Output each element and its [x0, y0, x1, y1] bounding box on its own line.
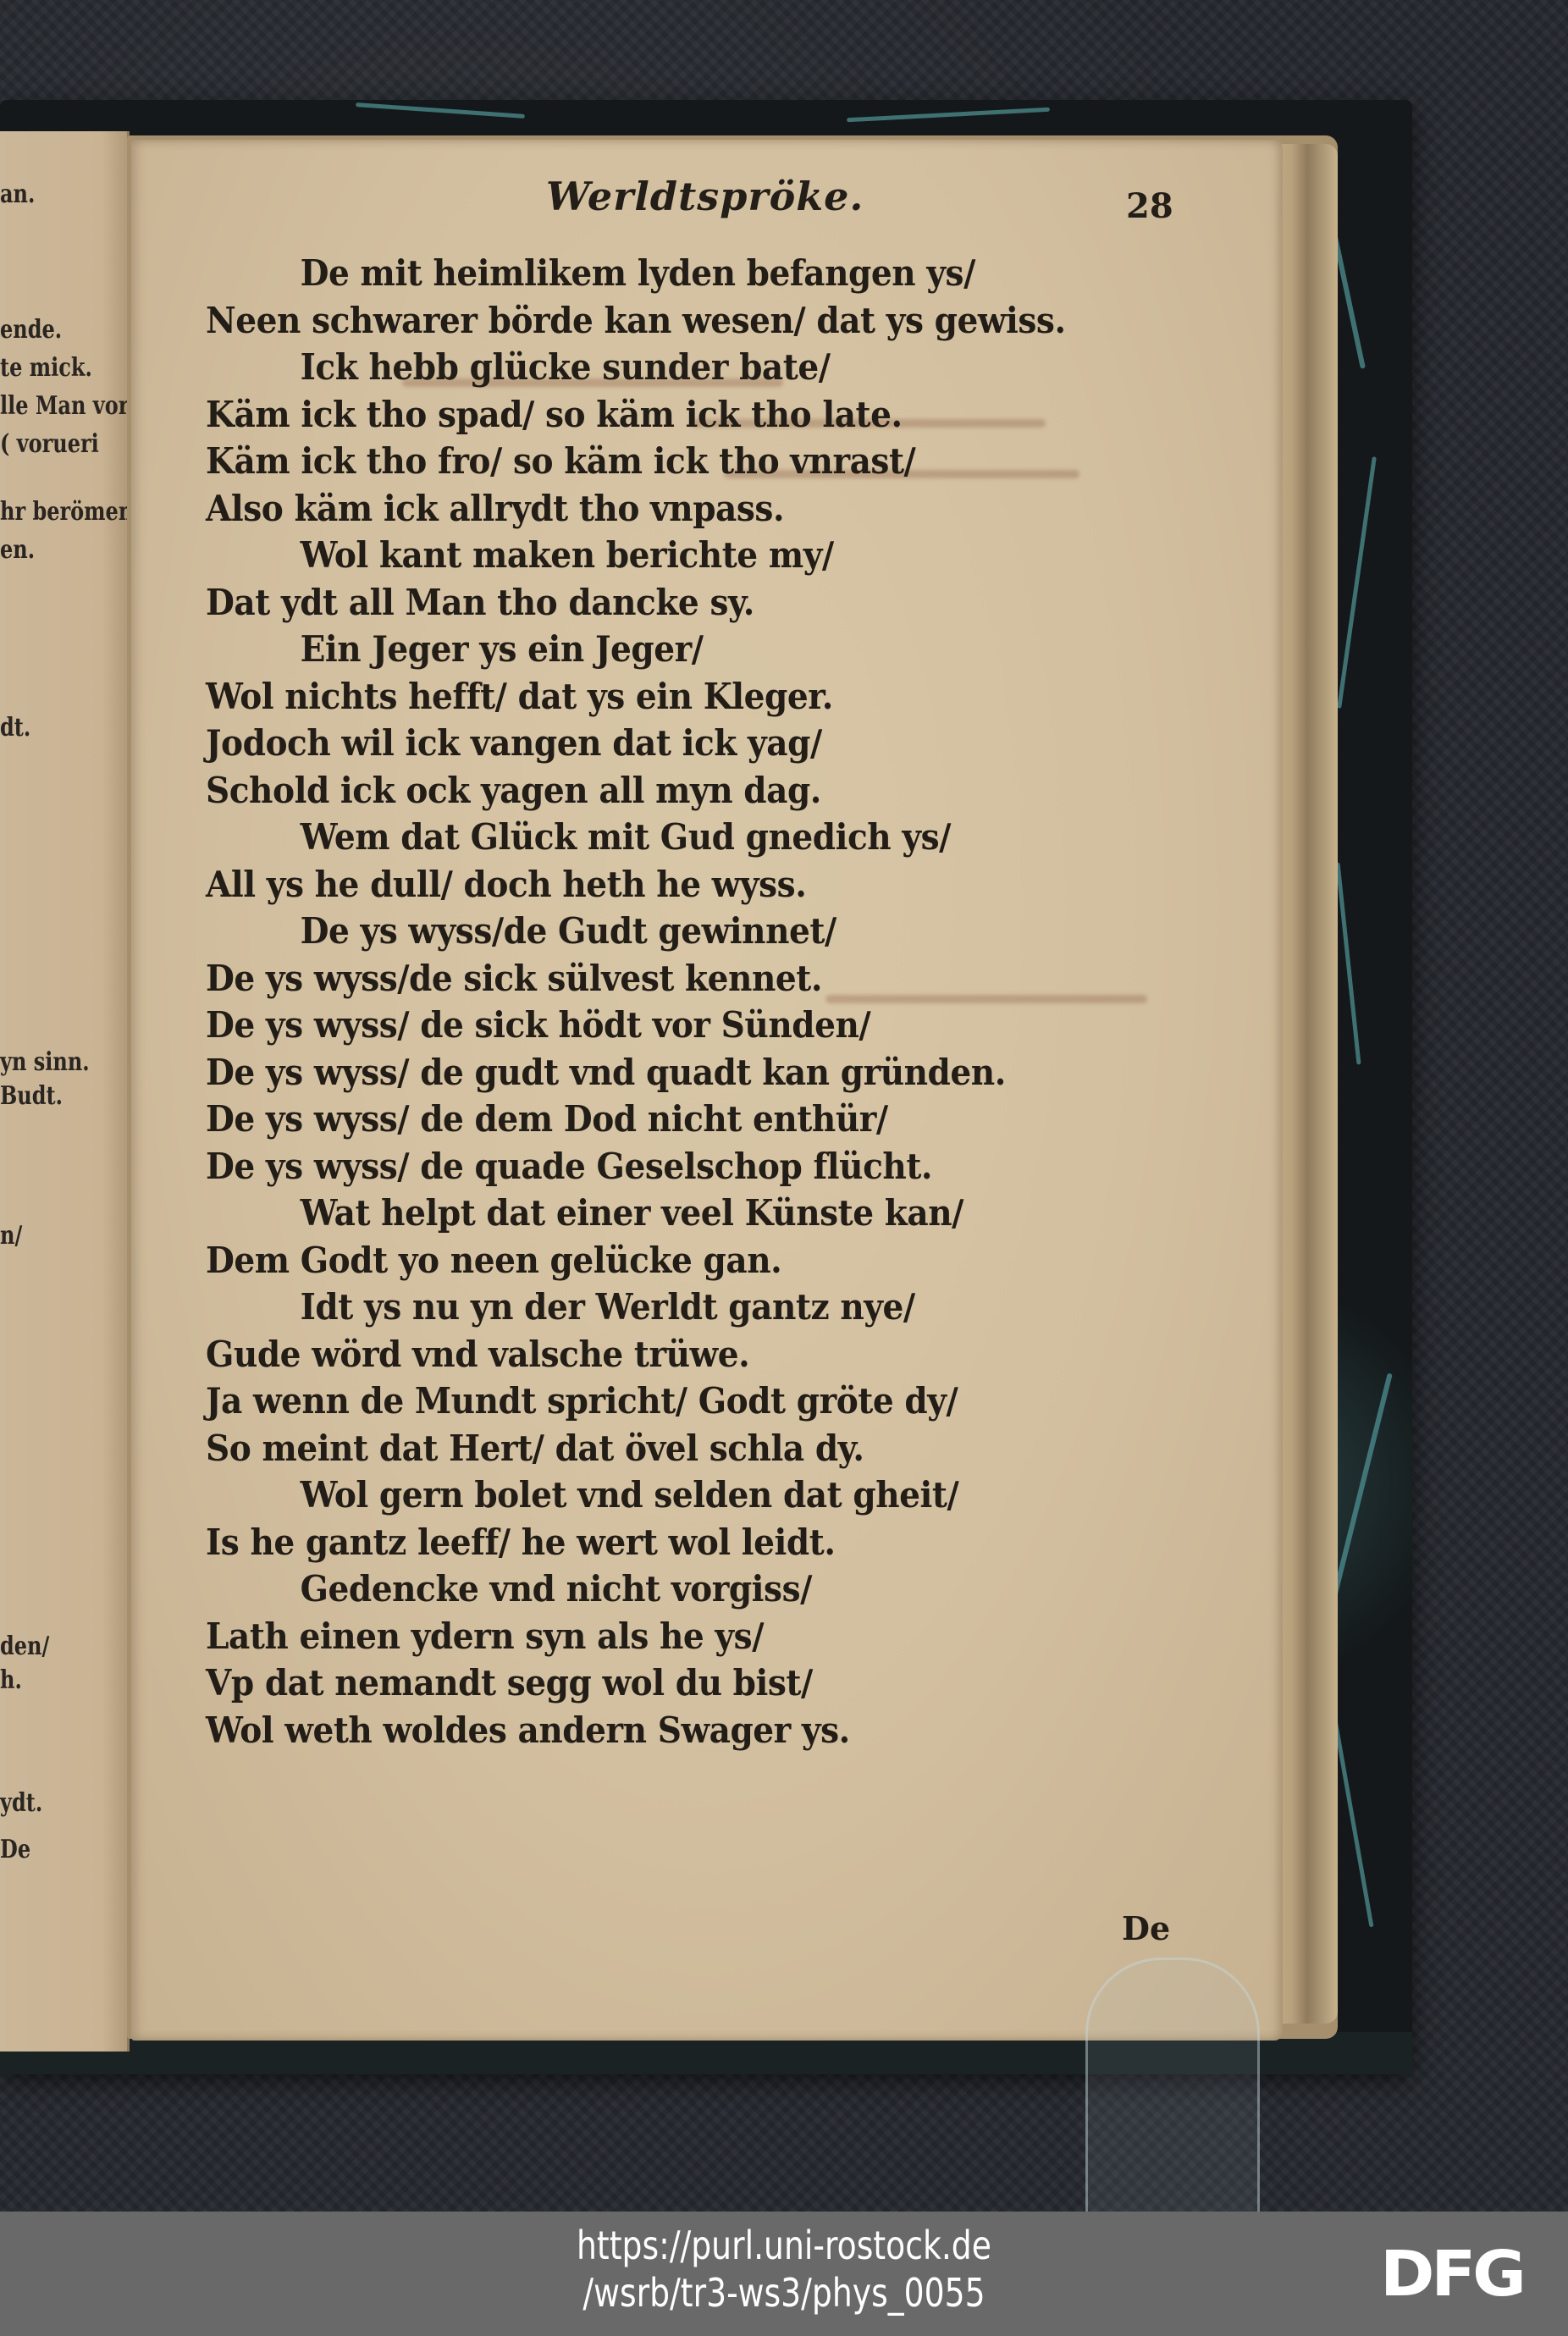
verse-line: Wat helpt dat einer veel Künste kan/	[206, 1190, 1174, 1237]
verse-line: Neen schwarer börde kan wesen/ dat ys ge…	[206, 297, 1174, 345]
left-page-text-fragment: yn sinn.	[0, 1050, 90, 1075]
verse-line: Ja wenn de Mundt spricht/ Godt gröte dy/	[206, 1378, 1174, 1425]
left-page-text-fragment: te mick.	[0, 356, 92, 381]
verse-line: Ein Jeger ys ein Jeger/	[206, 626, 1174, 673]
verse-line: Gedencke vnd nicht vorgiss/	[206, 1566, 1174, 1613]
verse-line: Wol weth woldes andern Swager ys.	[206, 1707, 1174, 1754]
left-page-text-fragment: De	[0, 1837, 30, 1863]
verse-line: Also käm ick allrydt tho vnpass.	[206, 485, 1174, 533]
permalink-line-2[interactable]: /wsrb/tr3-ws3/phys_0055	[141, 2269, 1427, 2317]
left-page-text-fragment: den/	[0, 1634, 49, 1659]
verse-line: Gude wörd vnd valsche trüwe.	[206, 1331, 1174, 1378]
verse-line: De ys wyss/de Gudt gewinnet/	[206, 908, 1174, 955]
verse-line: Käm ick tho spad/ so käm ick tho late.	[206, 391, 1174, 439]
left-page-text-fragment: ydt.	[0, 1791, 42, 1816]
left-page-text-fragment: Budt.	[0, 1084, 63, 1109]
verse-line: De ys wyss/ de gudt vnd quadt kan gründe…	[206, 1049, 1174, 1096]
left-page-text-fragment: ( vorueri	[0, 432, 99, 457]
verse-line: Dem Godt yo neen gelücke gan.	[206, 1237, 1174, 1284]
left-page: an.ende.te mick.lle Man vor my( voruerih…	[0, 131, 130, 2052]
verse-line: Wol nichts hefft/ dat ys ein Kleger.	[206, 673, 1174, 721]
verse-block: De mit heimlikem lyden befangen ys/Neen …	[206, 250, 1247, 1753]
marbling-vein	[1337, 456, 1377, 709]
marbling-vein	[356, 102, 525, 119]
marbling-vein	[1335, 862, 1361, 1064]
dfg-logo: DFG	[1380, 2244, 1523, 2305]
left-page-text-fragment: dt.	[0, 715, 30, 741]
left-page-text-fragment: lle Man vor my	[0, 394, 130, 419]
marbling-vein	[847, 108, 1050, 123]
page-holder-clip	[1085, 1958, 1260, 2214]
verse-line: All ys he dull/ doch heth he wyss.	[206, 861, 1174, 908]
verse-line: De ys wyss/ de dem Dod nicht enthür/	[206, 1096, 1174, 1143]
left-page-text-fragment: an.	[0, 182, 35, 207]
verse-line: Käm ick tho fro/ so käm ick tho vnrast/	[206, 438, 1174, 485]
left-page-text-fragment: ende.	[0, 318, 62, 343]
verse-line: Schold ick ock yagen all myn dag.	[206, 767, 1174, 815]
verse-line: De ys wyss/ de quade Geselschop flücht.	[206, 1143, 1174, 1190]
verse-line: Is he gantz leeff/ he wert wol leidt.	[206, 1519, 1174, 1566]
permalink-line-1[interactable]: https://purl.uni-rostock.de	[141, 2222, 1427, 2269]
left-page-text-fragment: hr berömen/	[0, 500, 130, 525]
verse-line: De ys wyss/ de sick hödt vor Sünden/	[206, 1002, 1174, 1049]
left-page-text-fragment: en.	[0, 538, 35, 563]
footer-bar: https://purl.uni-rostock.de /wsrb/tr3-ws…	[0, 2212, 1568, 2336]
verse-line: Jodoch wil ick vangen dat ick yag/	[206, 720, 1174, 767]
verse-line: Lath einen ydern syn als he ys/	[206, 1613, 1174, 1660]
running-head: Werldtspröke.	[546, 174, 864, 219]
verse-line: Idt ys nu yn der Werldt gantz nye/	[206, 1284, 1174, 1331]
right-page: Werldtspröke. 28 De mit heimlikem lyden …	[131, 140, 1283, 2041]
verse-line: Ick hebb glücke sunder bate/	[206, 344, 1174, 391]
verse-line: De ys wyss/de sick sülvest kennet.	[206, 955, 1174, 1002]
verse-line: Dat ydt all Man tho dancke sy.	[206, 579, 1174, 627]
page-number: 28	[1126, 186, 1173, 226]
left-page-text-fragment: h.	[0, 1668, 22, 1693]
verse-line: Vp dat nemandt segg wol du bist/	[206, 1659, 1174, 1707]
verse-line: Wol gern bolet vnd selden dat gheit/	[206, 1472, 1174, 1519]
marbling-vein	[1330, 1372, 1393, 1604]
verse-line: So meint dat Hert/ dat övel schla dy.	[206, 1425, 1174, 1472]
left-page-text-fragment: n/	[0, 1223, 22, 1249]
catchword: De	[1122, 1909, 1170, 1947]
verse-line: Wem dat Glück mit Gud gnedich ys/	[206, 814, 1174, 861]
verse-line: De mit heimlikem lyden befangen ys/	[206, 250, 1174, 297]
verse-line: Wol kant maken berichte my/	[206, 532, 1174, 579]
